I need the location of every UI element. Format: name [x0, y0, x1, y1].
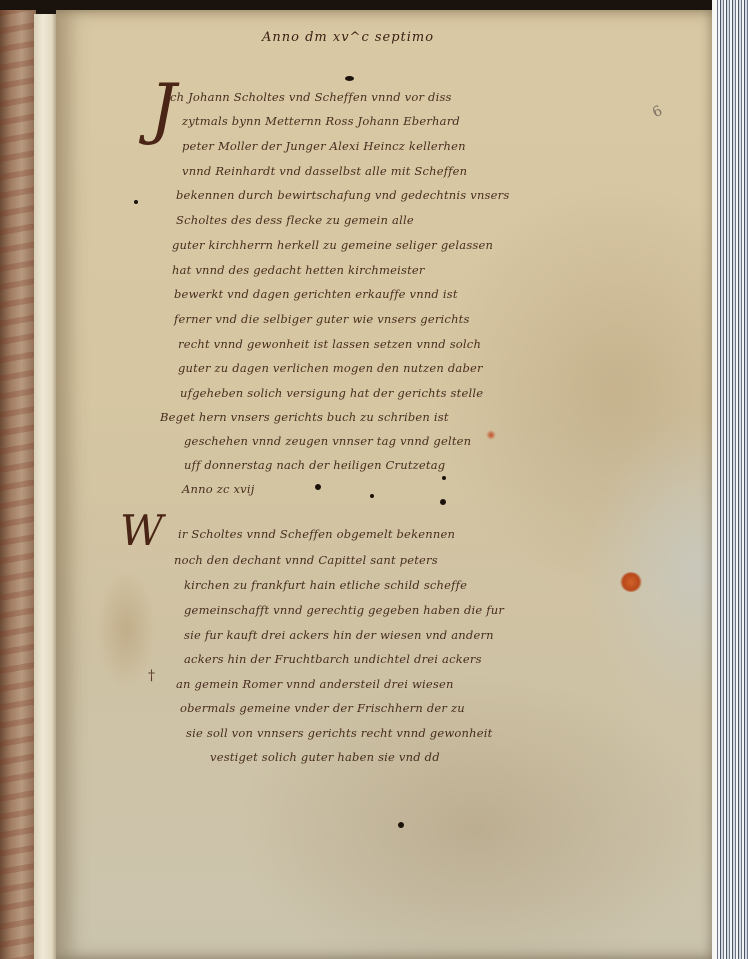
text-line: gemeinschafft vnnd gerechtig gegeben hab… [184, 603, 504, 617]
page-heading: Anno dm xv^c septimo [262, 30, 434, 45]
ink-dot [370, 494, 374, 498]
text-line: uff donnerstag nach der heiligen Crutzet… [184, 458, 445, 472]
text-line: vestiget solich guter haben sie vnd dd [210, 750, 440, 764]
text-line: peter Moller der Junger Alexi Heincz kel… [182, 139, 466, 153]
text-line: kirchen zu frankfurt hain etliche schild… [184, 578, 467, 592]
text-line: guter zu dagen verlichen mogen den nutze… [178, 361, 483, 375]
water-stain [96, 570, 156, 690]
red-wax-spot [620, 572, 642, 592]
folio-number: 6 [650, 103, 665, 121]
text-line: Anno zc xvij [182, 482, 254, 496]
small-red-spot [486, 430, 496, 440]
ink-dot [134, 200, 138, 204]
text-line: vnnd Reinhardt vnd dasselbst alle mit Sc… [182, 164, 467, 178]
book-binding-cover [0, 10, 36, 959]
decorated-initial-j: J [150, 76, 176, 142]
text-line: ackers hin der Fruchtbarch undichtel dre… [184, 652, 482, 666]
ink-dot [442, 476, 446, 480]
ink-dot [345, 76, 354, 81]
decorated-initial-w: W [120, 510, 163, 552]
ink-dot [315, 484, 321, 490]
text-line: sie fur kauft drei ackers hin der wiesen… [184, 628, 494, 642]
ink-dot [398, 822, 404, 828]
text-line: ch Johann Scholtes vnd Scheffen vnnd vor… [170, 90, 452, 104]
text-line: ufgeheben solich versigung hat der geric… [180, 386, 483, 400]
text-line: geschehen vnnd zeugen vnnser tag vnnd ge… [184, 434, 471, 448]
text-line: ferner vnd die selbiger guter wie vnsers… [174, 312, 470, 326]
book-page-edges [712, 0, 748, 959]
text-line: recht vnnd gewonheit ist lassen setzen v… [178, 337, 481, 351]
text-line: ir Scholtes vnnd Scheffen obgemelt beken… [178, 527, 455, 541]
text-line: bewerkt vnd dagen gerichten erkauffe vnn… [174, 287, 458, 301]
text-line: Scholtes des dess flecke zu gemein alle [176, 213, 414, 227]
ink-dot [440, 499, 446, 505]
marginal-mark: † [148, 668, 155, 684]
text-line: zytmals bynn Metternn Ross Johann Eberha… [182, 114, 460, 128]
text-line: hat vnnd des gedacht hetten kirchmeister [172, 263, 425, 277]
text-line: sie soll von vnnsers gerichts recht vnnd… [186, 726, 492, 740]
text-line: noch den dechant vnnd Capittel sant pete… [174, 553, 438, 567]
text-line: guter kirchherrn herkell zu gemeine seli… [172, 238, 493, 252]
text-line: obermals gemeine vnder der Frischhern de… [180, 701, 465, 715]
text-line: bekennen durch bewirtschafung vnd gedech… [176, 188, 509, 202]
text-line: an gemein Romer vnnd andersteil drei wie… [176, 677, 454, 691]
book-gutter [34, 14, 56, 959]
text-line: Beget hern vnsers gerichts buch zu schri… [160, 410, 449, 424]
